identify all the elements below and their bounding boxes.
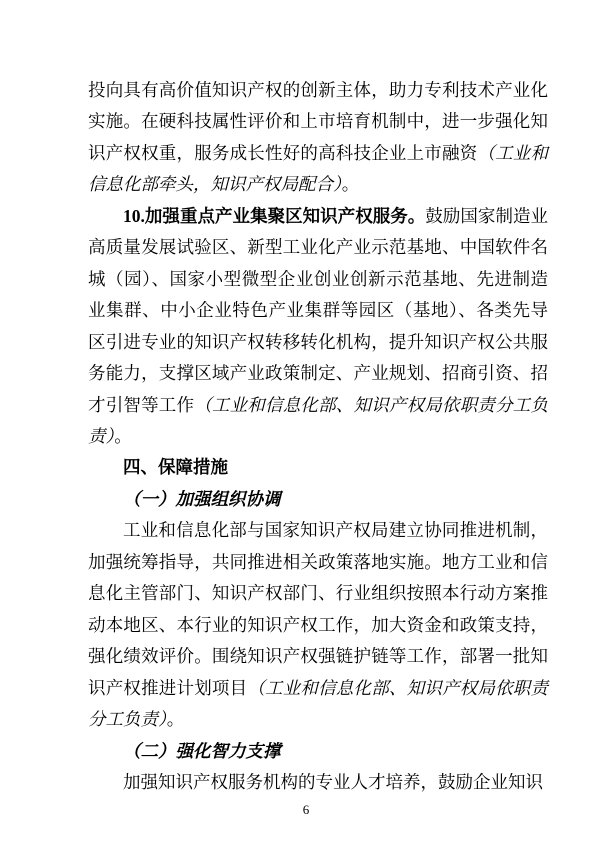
paragraph-org-coordination: 工业和信息化部与国家知识产权局建立协同推进机制，加强统筹指导，共同推进相关政策落… xyxy=(88,515,548,735)
section-heading-text: 四、保障措施 xyxy=(123,457,228,477)
subsection-heading-text: （一）加强组织协调 xyxy=(123,489,281,509)
paragraph-talent-cultivation: 加强知识产权服务机构的专业人才培养，鼓励企业知识 xyxy=(88,767,548,798)
heading-subsection-1-organization: （一）加强组织协调 xyxy=(88,484,548,515)
item-10-title: 10.加强重点产业集聚区知识产权服务。 xyxy=(123,206,425,226)
text-segment: 工业和信息化部与国家知识产权局建立协同推进机制，加强统筹指导，共同推进相关政策落… xyxy=(88,520,548,697)
document-body: 投向具有高价值知识产权的创新主体，助力专利技术产业化实施。在硬科技属性评价和上市… xyxy=(88,75,548,798)
paragraph-patent-industrialization: 投向具有高价值知识产权的创新主体，助力专利技术产业化实施。在硬科技属性评价和上市… xyxy=(88,75,548,201)
text-segment: 。 xyxy=(342,174,360,194)
paragraph-item-10-industry-clusters: 10.加强重点产业集聚区知识产权服务。鼓励国家制造业高质量发展试验区、新型工业化… xyxy=(88,201,548,453)
document-page: 投向具有高价值知识产权的创新主体，助力专利技术产业化实施。在硬科技属性评价和上市… xyxy=(0,0,612,844)
heading-subsection-2-intellectual-support: （二）强化智力支撑 xyxy=(88,736,548,767)
subsection-heading-text: （二）强化智力支撑 xyxy=(123,741,281,761)
text-segment: 。 xyxy=(167,709,185,729)
page-number: 6 xyxy=(0,802,612,818)
text-segment: 加强知识产权服务机构的专业人才培养，鼓励企业知识 xyxy=(123,772,543,792)
heading-section-4-safeguards: 四、保障措施 xyxy=(88,452,548,483)
text-segment: 。 xyxy=(114,426,132,446)
text-segment: 鼓励国家制造业高质量发展试验区、新型工业化产业示范基地、中国软件名城（园）、国家… xyxy=(88,206,548,415)
